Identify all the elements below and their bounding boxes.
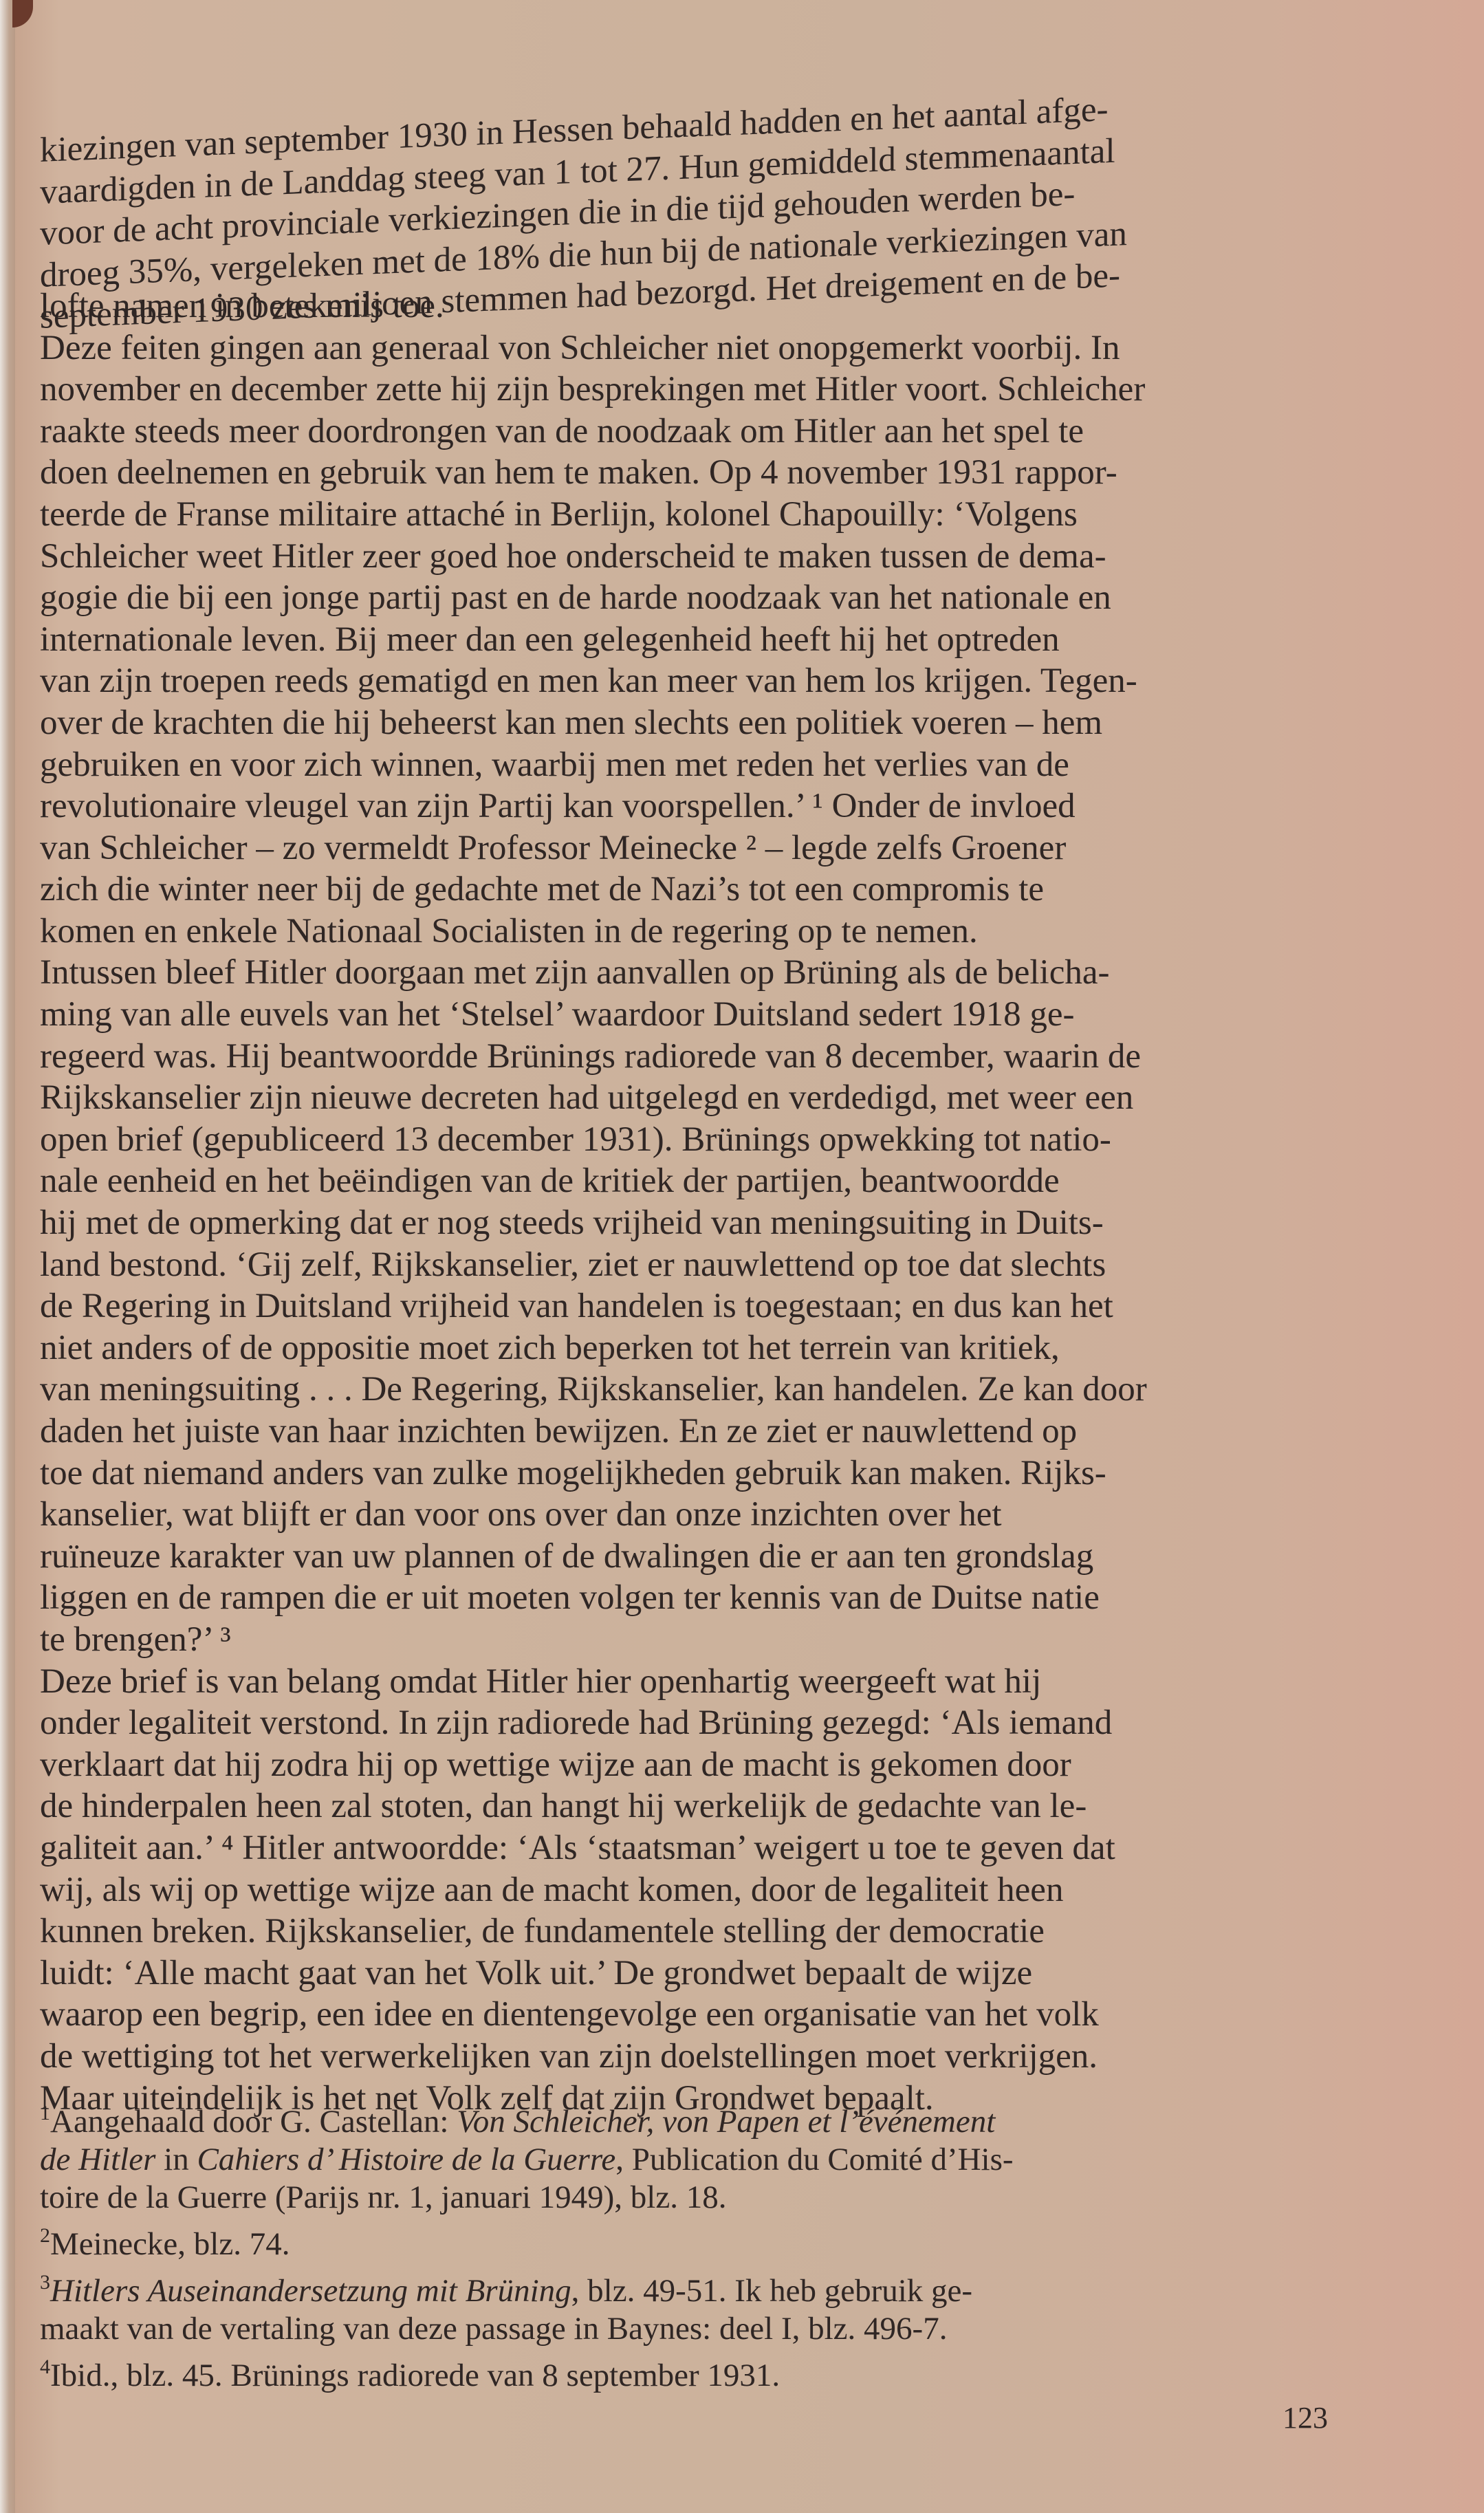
text-line: daden het juiste van haar inzichten bewi… (40, 1411, 1415, 1453)
text-line: de hinderpalen heen zal stoten, dan hang… (40, 1785, 1415, 1827)
footnote-text: Ibid., blz. 45. Brünings radiorede van 8… (50, 2358, 780, 2393)
text-line: de Regering in Duitsland vrijheid van ha… (40, 1285, 1415, 1327)
text-line: onder legaliteit verstond. In zijn radio… (40, 1702, 1415, 1744)
text-line: gebruiken en voor zich winnen, waarbij m… (40, 744, 1415, 786)
text-line: raakte steeds meer doordrongen van de no… (40, 411, 1415, 453)
text-line: waarop een begrip, een idee en dientenge… (40, 1994, 1415, 2036)
text-line: wij, als wij op wettige wijze aan de mac… (40, 1869, 1415, 1911)
page-number: 123 (1283, 2400, 1328, 2435)
footnote-marker: 4 (40, 2356, 50, 2378)
footnote-4: 4Ibid., blz. 45. Brünings radiorede van … (40, 2348, 1415, 2395)
text-line: zich die winter neer bij de gedachte met… (40, 869, 1415, 911)
footnote-title: de Hitler (40, 2142, 155, 2177)
footnote-text: in (155, 2142, 197, 2177)
text-line: teerde de Franse militaire attaché in Be… (40, 494, 1415, 536)
text-line: van zijn troepen reeds gematigd en men k… (40, 660, 1415, 702)
text-line: Deze feiten gingen aan generaal von Schl… (40, 327, 1415, 369)
text-line: Schleicher weet Hitler zeer goed hoe ond… (40, 536, 1415, 578)
footnote-text: , Publication du Comité d’His- (615, 2142, 1013, 2177)
text-line: galiteit aan.’ ⁴ Hitler antwoordde: ‘Als… (40, 1827, 1415, 1869)
text-line: doen deelnemen en gebruik van hem te mak… (40, 452, 1415, 494)
text-line: verklaart dat hij zodra hij op wettige w… (40, 1744, 1415, 1786)
footnote-3-cont: maakt van de vertaling van deze passage … (40, 2310, 1415, 2348)
footnote-text: , blz. 49-51. Ik heb gebruik ge- (571, 2273, 972, 2309)
body-text: kiezingen van september 1930 in Hessen b… (40, 77, 1415, 2119)
text-line: luidt: ‘Alle macht gaat van het Volk uit… (40, 1952, 1415, 1994)
footnote-text: toire de la Guerre (Parijs nr. 1, januar… (40, 2179, 726, 2215)
footnote-2: 2Meinecke, blz. 74. (40, 2217, 1415, 2263)
footnote-marker: 3 (40, 2271, 50, 2294)
footnote-marker: 2 (40, 2224, 50, 2247)
text-line: kanselier, wat blijft er dan voor ons ov… (40, 1494, 1415, 1536)
text-line: hij met de opmerking dat er nog steeds v… (40, 1202, 1415, 1244)
footnote-1: 1Aangehaald door G. Castellan: Von Schle… (40, 2094, 1415, 2141)
text-line: Intussen bleef Hitler doorgaan met zijn … (40, 952, 1415, 994)
footnote-title: Cahiers d’ Histoire de la Guerre (197, 2142, 615, 2177)
text-line: nale eenheid en het beëindigen van de kr… (40, 1160, 1415, 1202)
footnote-title: Von Schleicher, von Papen et l’événement (457, 2104, 995, 2140)
text-line: niet anders of de oppositie moet zich be… (40, 1327, 1415, 1369)
footnote-1-cont: toire de la Guerre (Parijs nr. 1, januar… (40, 2179, 1415, 2217)
footnote-text: maakt van de vertaling van deze passage … (40, 2311, 947, 2347)
text-line: regeerd was. Hij beantwoordde Brünings r… (40, 1036, 1415, 1078)
text-line: open brief (gepubliceerd 13 december 193… (40, 1119, 1415, 1161)
footnotes: 1Aangehaald door G. Castellan: Von Schle… (40, 2094, 1415, 2395)
footnote-marker: 1 (40, 2102, 50, 2124)
text-line: revolutionaire vleugel van zijn Partij k… (40, 785, 1415, 827)
text-line: kunnen breken. Rijkskanselier, de fundam… (40, 1911, 1415, 1952)
text-line: te brengen?’ ³ (40, 1619, 1415, 1661)
footnote-text: Meinecke, blz. 74. (50, 2226, 290, 2262)
text-line: land bestond. ‘Gij zelf, Rijkskanselier,… (40, 1244, 1415, 1286)
footnote-text: Aangehaald door G. Castellan: (50, 2104, 457, 2140)
text-line: toe dat niemand anders van zulke mogelij… (40, 1453, 1415, 1494)
text-line: ruïneuze karakter van uw plannen of de d… (40, 1536, 1415, 1578)
text-line: Rijkskanselier zijn nieuwe decreten had … (40, 1077, 1415, 1119)
footnote-3: 3Hitlers Auseinandersetzung mit Brüning,… (40, 2263, 1415, 2310)
text-line: gogie die bij een jonge partij past en d… (40, 577, 1415, 619)
text-line: van meningsuiting . . . De Regering, Rij… (40, 1369, 1415, 1411)
book-page: kiezingen van september 1930 in Hessen b… (0, 0, 1484, 2513)
text-line: over de krachten die hij beheerst kan me… (40, 702, 1415, 744)
page-corner-shadow (12, 0, 33, 28)
text-line: internationale leven. Bij meer dan een g… (40, 619, 1415, 661)
text-line: november en december zette hij zijn besp… (40, 369, 1415, 411)
text-line: liggen en de rampen die er uit moeten vo… (40, 1577, 1415, 1619)
footnote-title: Hitlers Auseinandersetzung mit Brüning (50, 2273, 571, 2309)
text-line: komen en enkele Nationaal Socialisten in… (40, 911, 1415, 953)
text-line: van Schleicher – zo vermeldt Professor M… (40, 827, 1415, 869)
footnote-1-cont: de Hitler in Cahiers d’ Histoire de la G… (40, 2141, 1415, 2179)
text-line: Deze brief is van belang omdat Hitler hi… (40, 1661, 1415, 1703)
text-line: ming van alle euvels van het ‘Stelsel’ w… (40, 994, 1415, 1036)
text-line: de wettiging tot het verwerkelijken van … (40, 2036, 1415, 2078)
